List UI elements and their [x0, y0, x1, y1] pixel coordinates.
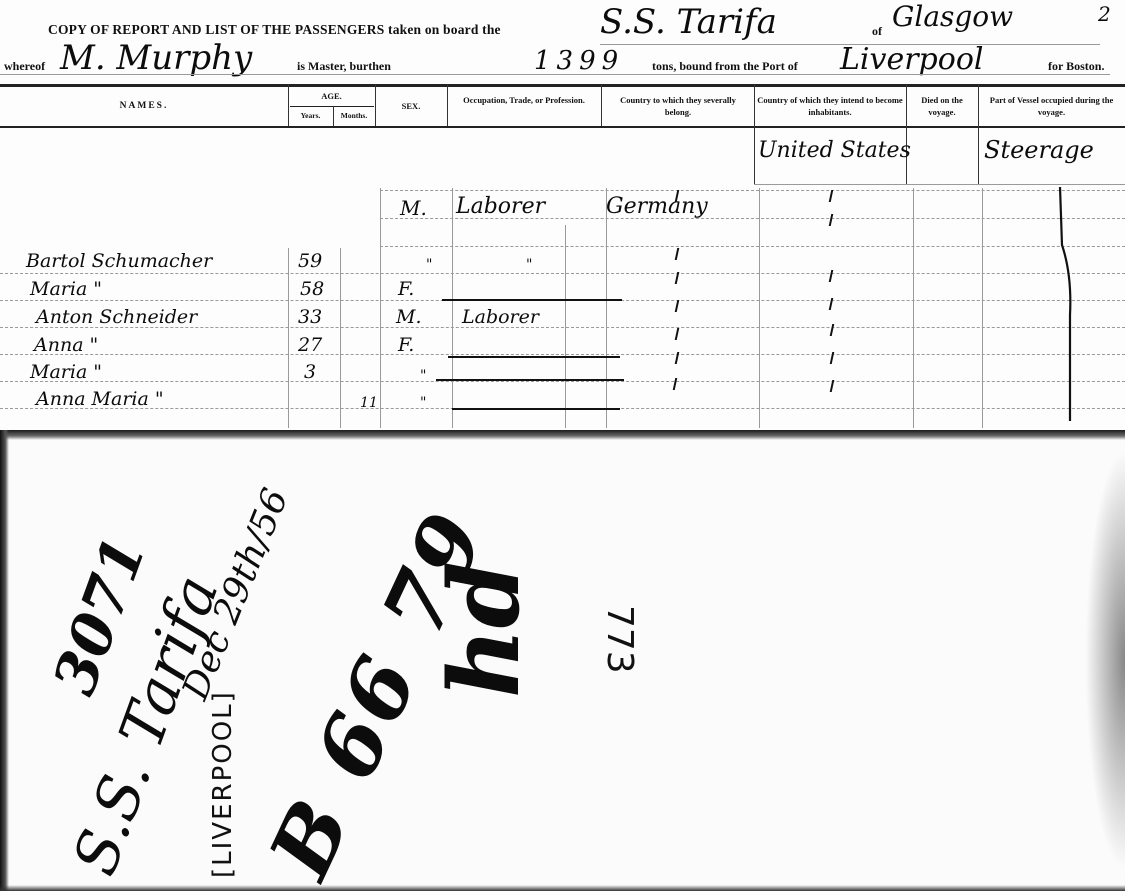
col-div-died [978, 84, 979, 184]
header-country-belong: Country to which they severally belong. [614, 94, 742, 118]
page-number: 2 [1098, 2, 1111, 26]
header-country-intend: Country of which they intend to become i… [756, 94, 904, 118]
passenger-row: Anna Maria " 11 " [0, 388, 1125, 414]
header-sex: SEX. [375, 100, 447, 112]
ditto-tick [829, 190, 834, 202]
carry-country-belong: Germany [606, 194, 708, 219]
col-div-months [375, 84, 376, 126]
ditto-tick [829, 214, 834, 226]
header-years: Years. [288, 110, 333, 122]
header-months: Months. [333, 110, 375, 122]
passenger-age-years: 58 [300, 278, 324, 300]
passenger-occupation: Laborer [462, 306, 539, 328]
passenger-age-years: 27 [298, 334, 322, 356]
passenger-row: Maria " 3 " [0, 361, 1125, 387]
passenger-sex: F. [398, 334, 414, 356]
header-occupation: Occupation, Trade, or Profession. [454, 94, 594, 106]
occupation-ditto-line [436, 379, 624, 381]
page-number-text: 2 [1098, 2, 1111, 26]
entry-vessel-part: Steerage [984, 136, 1094, 164]
vessel-part-ditto-line [1050, 185, 1080, 425]
passenger-sex: M. [396, 306, 422, 328]
age-subdivider [290, 106, 374, 107]
passenger-name: Maria " [30, 361, 102, 383]
carry-occupation: Laborer [456, 194, 545, 219]
header-bottom-border [0, 126, 1125, 128]
header-age: AGE. [288, 90, 375, 102]
envelope-bottom-edge [0, 885, 1125, 891]
passenger-sex: F. [398, 278, 414, 300]
col-div-occupation [601, 84, 602, 126]
departure-port: Liverpool [840, 42, 983, 77]
envelope-left-edge [0, 430, 9, 891]
title-line-1: COPY OF REPORT AND LIST OF THE PASSENGER… [48, 22, 501, 38]
header-names: NAMES. [0, 100, 288, 112]
title-rule-2 [0, 74, 1110, 75]
col-div-country-belong [754, 84, 755, 184]
passenger-age-years: 59 [298, 250, 322, 272]
header-vessel-part: Part of Vessel occupied during the voyag… [980, 94, 1123, 118]
passenger-age-years: 3 [304, 361, 316, 383]
envelope-back: S.S. Tarifa 3071 Dec 29th/56 [LIVERPOOL]… [0, 430, 1125, 891]
col-div-names [288, 84, 289, 126]
passenger-name: Anton Schneider [36, 306, 197, 328]
passenger-age-years: 33 [298, 306, 322, 328]
passenger-name: Maria " [30, 278, 102, 300]
master-name: M. Murphy [60, 38, 252, 78]
occupation-ditto-line [448, 356, 620, 358]
passenger-sex: " [426, 254, 432, 276]
envelope-stamp-number: 773 [599, 605, 640, 674]
passenger-row: Bartol Schumacher 59 " " [0, 250, 1125, 276]
vessel-name: S.S. Tarifa [600, 2, 777, 42]
envelope-stain [1085, 450, 1125, 870]
header-top-border [0, 84, 1125, 87]
burthen-tons: 1399 [534, 46, 624, 76]
carry-sex: M. [400, 196, 427, 220]
envelope-initials: hd [428, 561, 541, 698]
title-prefix: COPY OF REPORT AND LIST OF THE PASSENGER… [48, 22, 501, 37]
tons-bound-label: tons, bound from the Port of [652, 59, 798, 74]
grid-rule [380, 190, 1125, 191]
passenger-name: Anna " [34, 334, 98, 356]
passenger-sex: " [420, 365, 426, 387]
passenger-row: Anton Schneider 33 M. Laborer [0, 306, 1125, 332]
of-label: of [872, 24, 882, 39]
grid-rule [380, 246, 1125, 247]
whereof-label: whereof [4, 59, 45, 74]
passenger-name: Bartol Schumacher [26, 250, 212, 272]
occupation-ditto-line [442, 299, 622, 301]
envelope-top-edge [0, 430, 1125, 440]
envelope-stamp: [LIVERPOOL] [208, 690, 238, 878]
occupation-ditto-line [452, 408, 620, 410]
col-div-years [333, 106, 334, 126]
passenger-name: Anna Maria " [36, 388, 164, 410]
entry-country-intend: United States [758, 138, 911, 163]
passenger-sex: " [420, 392, 426, 414]
col-div-country-intend [906, 84, 907, 184]
is-master-label: is Master, burthen [297, 59, 391, 74]
header-died: Died on the voyage. [908, 94, 976, 118]
destination-label: for Boston. [1048, 59, 1104, 74]
passenger-age-months: 11 [360, 392, 378, 414]
home-port: Glasgow [892, 0, 1013, 33]
passenger-occupation: " [526, 254, 532, 276]
col-div-sex [447, 84, 448, 126]
